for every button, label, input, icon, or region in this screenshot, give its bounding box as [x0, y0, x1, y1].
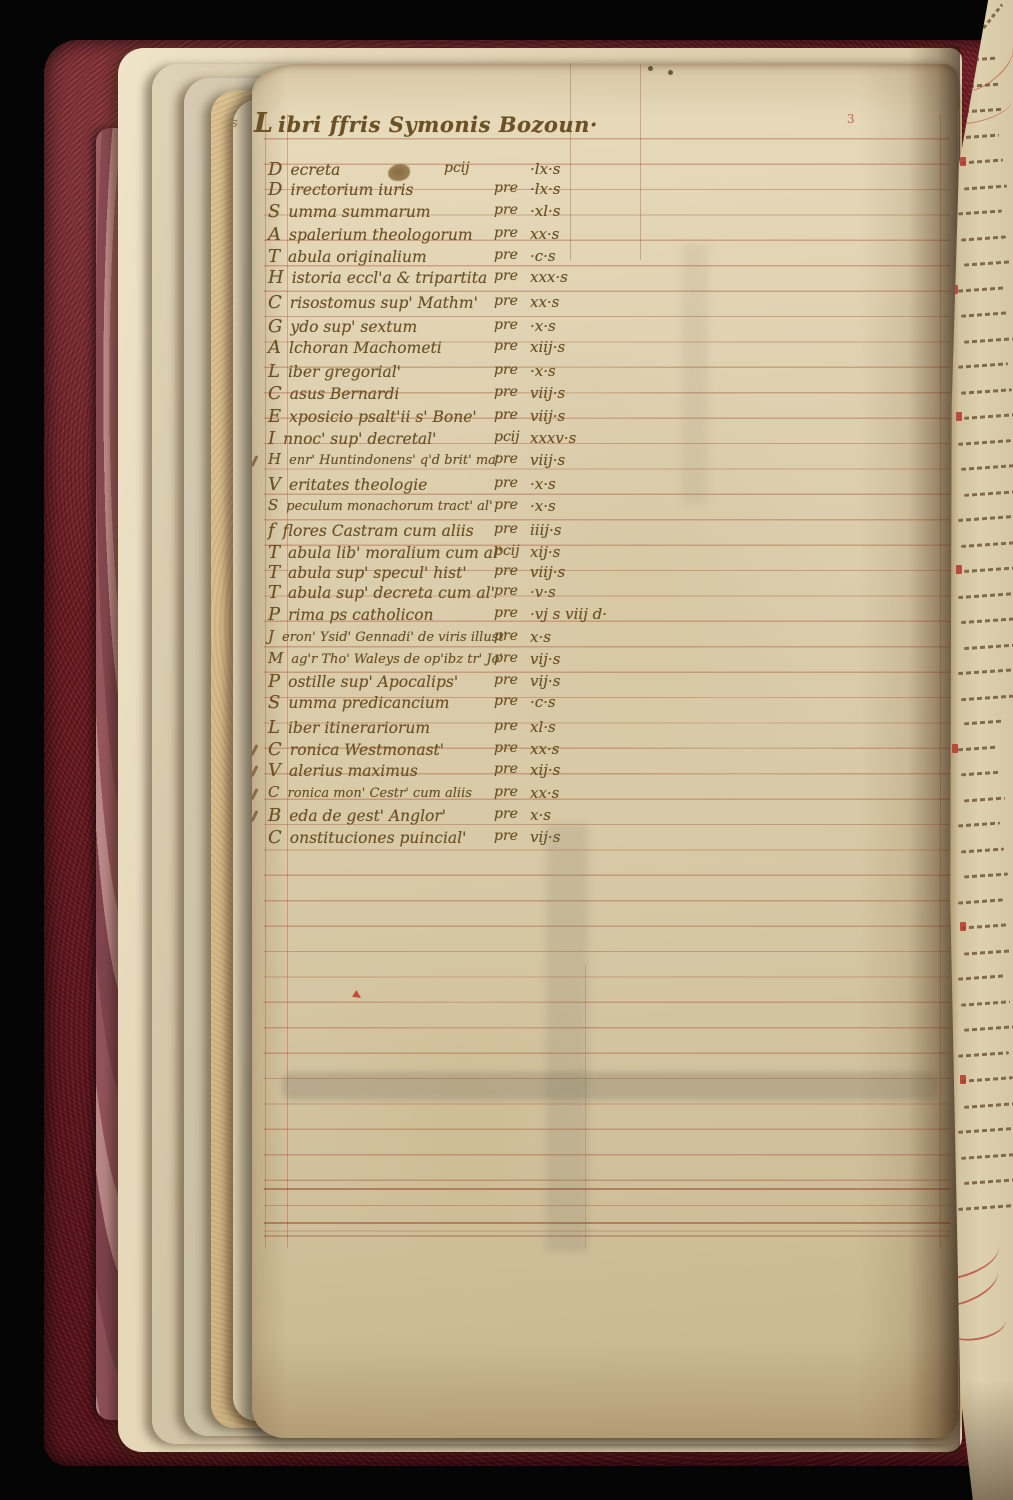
facing-text-line — [964, 1102, 1013, 1108]
facing-text-line — [958, 286, 1005, 292]
facing-text-line — [958, 898, 1003, 904]
facing-text-line — [958, 209, 1002, 215]
facing-text-line — [964, 566, 1013, 573]
facing-text-line — [958, 1127, 1012, 1133]
facing-text-line — [964, 413, 1013, 419]
facing-text-line — [964, 1025, 1013, 1031]
facing-text-line — [958, 439, 1011, 445]
red-paraph-mark — [956, 412, 962, 421]
facing-text-line — [964, 184, 1007, 190]
facing-text-line — [964, 260, 1010, 266]
facing-text-line — [961, 1076, 1013, 1082]
facing-text-line — [961, 235, 1006, 241]
facing-text-line — [961, 771, 1001, 776]
facing-text-line — [964, 796, 1005, 801]
facing-text-line — [964, 337, 1013, 343]
marginal-mark: s — [231, 116, 238, 131]
facing-text-line — [964, 872, 1008, 878]
facing-text-line — [961, 617, 1013, 624]
facing-text-line — [961, 464, 1013, 470]
red-paraph-mark — [956, 565, 962, 574]
facing-text-line — [958, 822, 1000, 828]
facing-text-line — [961, 1153, 1013, 1159]
facing-text-line — [958, 1051, 1009, 1057]
facing-text-line — [964, 490, 1013, 496]
facing-text-line — [964, 720, 1002, 725]
facing-text-line — [958, 515, 1013, 521]
facing-text-line — [961, 693, 1013, 700]
page-shading — [252, 64, 958, 1438]
facing-text-line — [961, 847, 1004, 853]
facing-text-line — [961, 923, 1007, 929]
red-paraph-mark — [952, 744, 958, 753]
facing-text-line — [958, 668, 1013, 675]
manuscript-page: s Libri ffris Symonis Bozoun· 3 Decretap… — [252, 64, 958, 1438]
facing-text-line — [961, 311, 1009, 317]
manuscript-photograph: s Libri ffris Symonis Bozoun· 3 Decretap… — [0, 0, 1013, 1500]
red-paraph-mark — [960, 922, 966, 931]
facing-text-line — [958, 1204, 1013, 1211]
facing-text-line — [964, 1178, 1013, 1184]
facing-text-line — [958, 362, 1008, 368]
facing-text-line — [961, 541, 1013, 548]
facing-text-line — [961, 388, 1012, 394]
facing-text-line — [958, 591, 1013, 598]
facing-text-line — [964, 642, 1013, 649]
facing-text-line — [961, 1000, 1010, 1006]
facing-text-line — [961, 159, 1003, 165]
facing-text-line — [958, 974, 1006, 980]
facing-text-line — [958, 745, 997, 750]
red-paraph-mark — [960, 1075, 966, 1084]
facing-text-line — [964, 949, 1011, 955]
red-paraph-mark — [960, 157, 966, 166]
